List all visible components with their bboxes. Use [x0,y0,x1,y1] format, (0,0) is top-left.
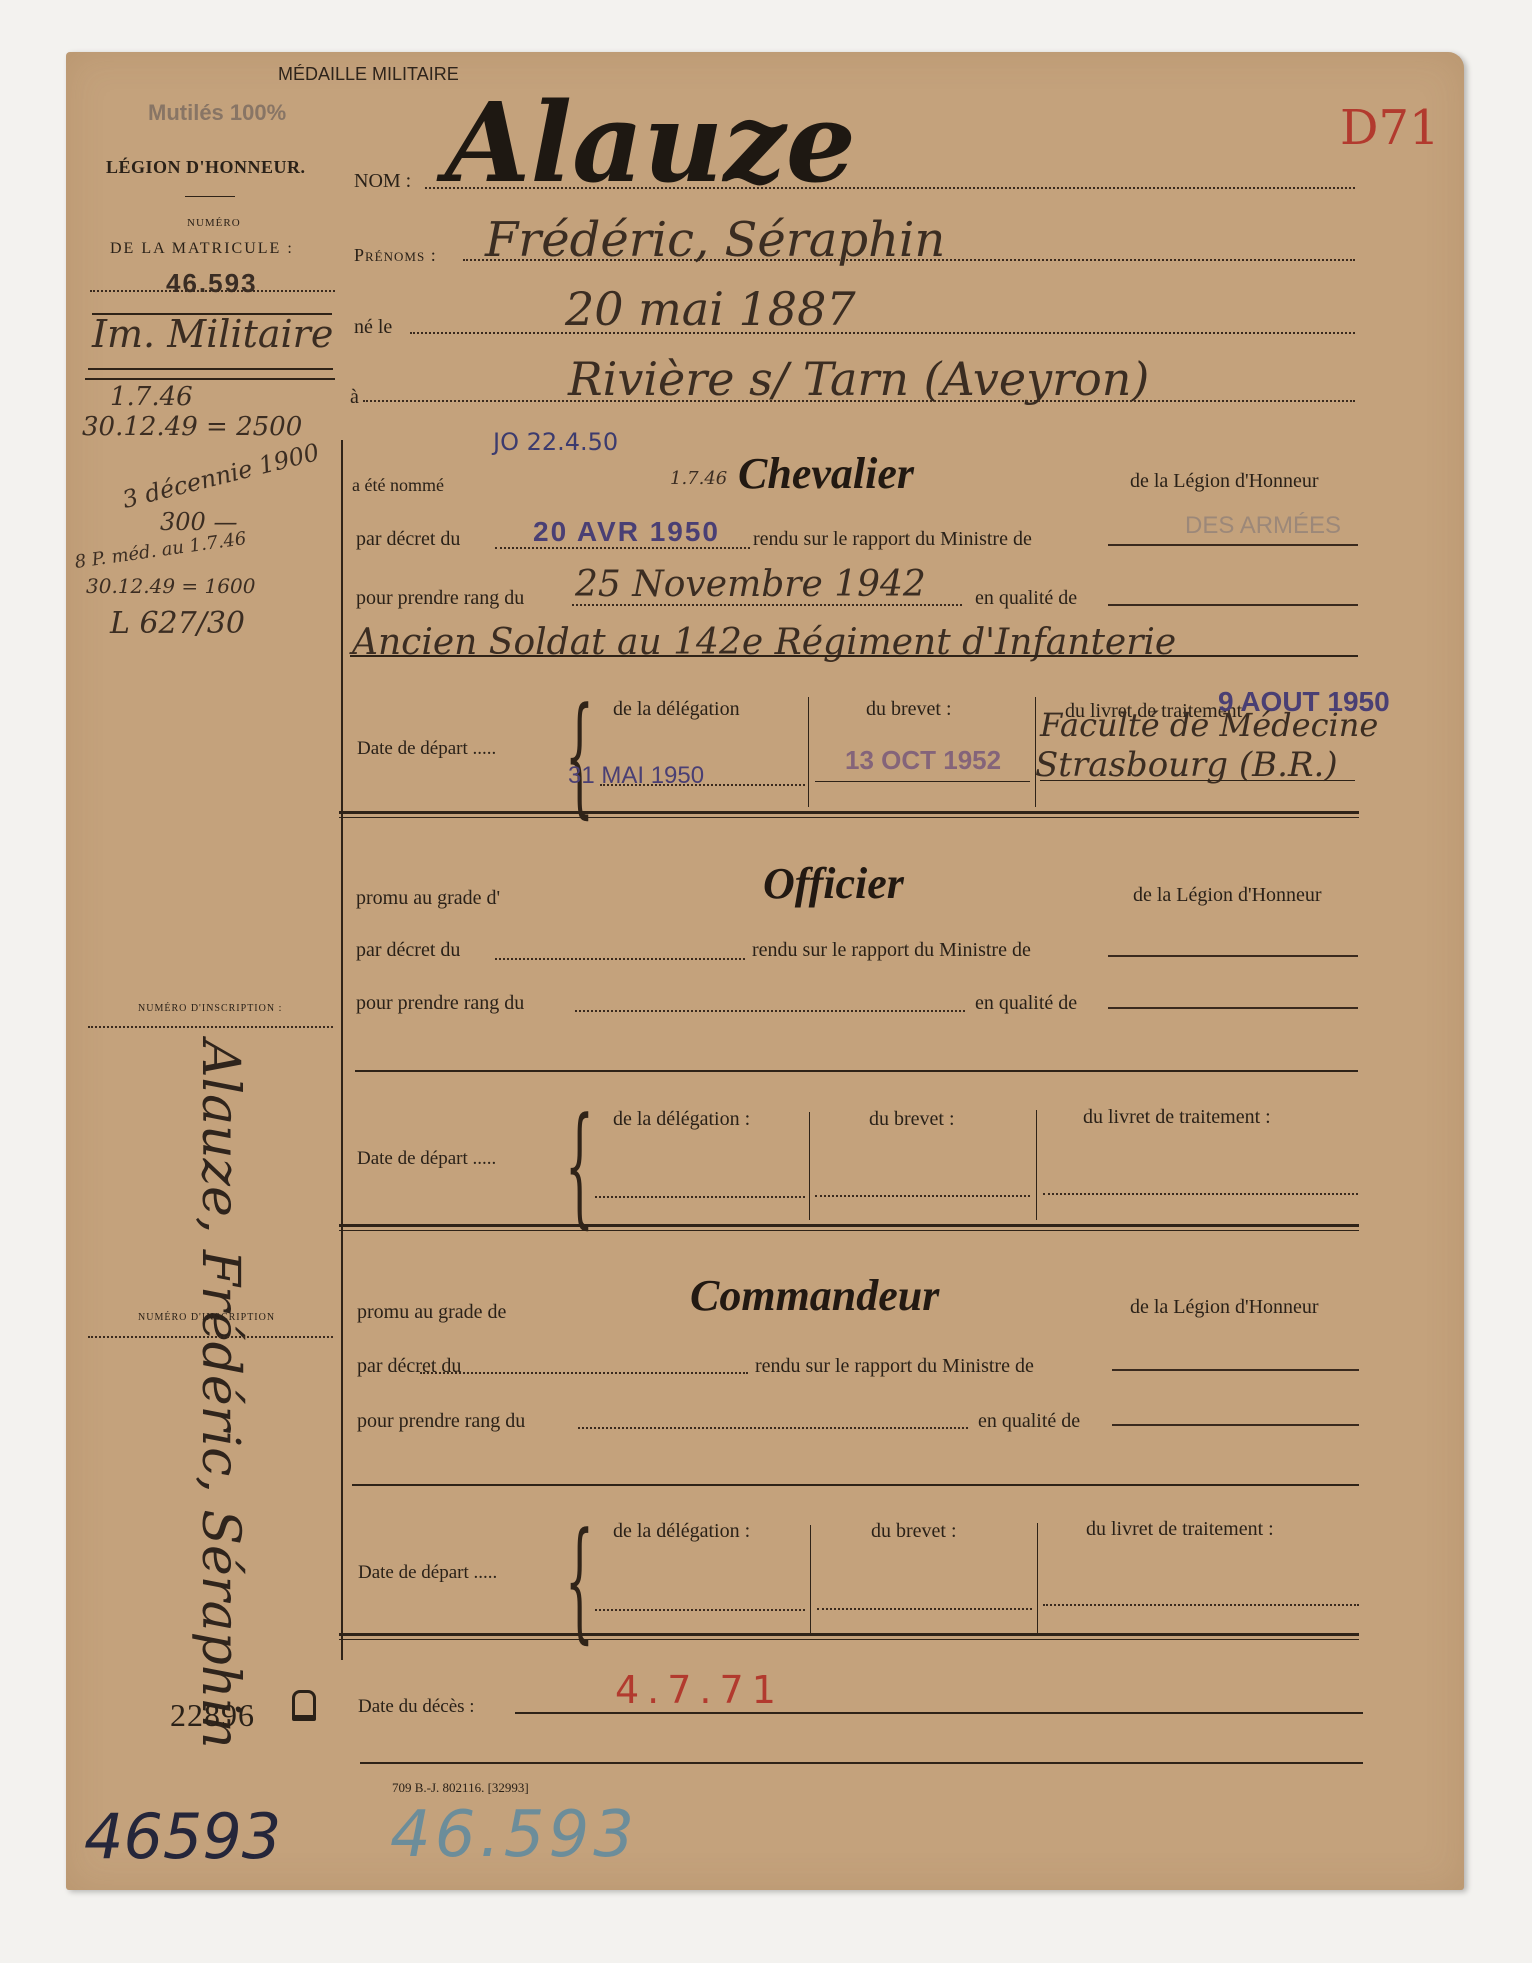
commandeur-livret-input[interactable] [1043,1604,1359,1606]
chevalier-legion-suffix: de la Légion d'Honneur [1130,470,1319,493]
ne-le-value: 20 mai 1887 [565,282,856,336]
deces-value: 4.7.71 [615,1668,784,1712]
nom-label: NOM : [354,170,411,193]
commandeur-rang-input[interactable] [578,1427,968,1429]
deces-line [515,1712,1363,1714]
commandeur-brace-icon: { [565,1515,594,1645]
a-value: Rivière s/ Tarn (Aveyron) [568,352,1149,406]
officier-brevet-input[interactable] [815,1195,1030,1197]
prenoms-label: Prénoms : [354,245,437,266]
ne-le-line [410,332,1355,334]
officier-livret-input[interactable] [1043,1193,1358,1195]
officier-col-divider-1 [809,1112,810,1220]
officier-decret-input[interactable] [495,958,745,960]
deces-label: Date du décès : [358,1696,475,1718]
commandeur-promu-label: promu au grade de [357,1301,506,1324]
commandeur-col-divider-2 [1037,1523,1038,1633]
inscription-line-2 [88,1336,333,1338]
officier-brace-icon: { [565,1100,594,1230]
commandeur-decret-label: par décret du [357,1355,461,1378]
divider [185,196,235,197]
pension-note-1: 1.7.46 [110,382,193,412]
matricule-label: DE LA MATRICULE : [110,240,294,258]
grade-chevalier: Chevalier [738,448,914,499]
chevalier-brace-icon: { [565,690,594,820]
officier-col-divider-2 [1036,1110,1037,1220]
commandeur-legion-suffix: de la Légion d'Honneur [1130,1296,1319,1319]
officier-brevet-label: du brevet : [869,1108,955,1131]
commandeur-qualite-input[interactable] [1112,1424,1359,1426]
matricule-value: 46.593 [166,268,258,299]
officier-depart-label: Date de départ ..... [357,1148,496,1170]
chevalier-brevet-line [815,781,1030,782]
officier-delegation-input[interactable] [595,1196,805,1198]
stamp-mark-icon [292,1690,316,1721]
section-separator-1 [339,811,1359,814]
chevalier-qualite-underline [350,655,1358,657]
chevalier-decret-stamp: 20 AVR 1950 [533,516,720,548]
nom-value: Alauze [445,78,856,207]
chevalier-rapport-stamp: DES ARMÉES [1185,512,1341,540]
corner-note: D71 [1340,100,1440,156]
officier-decret-label: par décret du [356,939,460,962]
officier-qualite-input[interactable] [1108,1007,1358,1009]
chevalier-delegation-label: de la délégation [613,698,740,721]
chevalier-qualite-label: en qualité de [975,587,1077,610]
chevalier-rapport-line [1108,544,1358,546]
numero-label: NUMÉRO [187,217,241,229]
chevalier-depart-label: Date de départ ..... [357,738,496,760]
officier-legion-suffix: de la Légion d'Honneur [1133,884,1322,907]
commandeur-delegation-label: de la délégation : [613,1520,750,1543]
grade-officier: Officier [763,858,904,909]
chevalier-decret-label: par décret du [356,528,460,551]
chevalier-rapport-label: rendu sur le rapport du Ministre de [753,528,1032,551]
chevalier-brevet-stamp: 13 OCT 1952 [845,745,1001,776]
printer-mark: 709 B.-J. 802116. [32993] [392,1780,529,1796]
matricule-line [90,290,335,292]
chevalier-rang-label: pour prendre rang du [356,587,524,610]
section-separator-3b [339,1639,1359,1640]
chevalier-livret-line [1040,780,1355,781]
inscription-line-1 [88,1026,333,1028]
section-separator-2b [339,1230,1359,1231]
commandeur-rang-label: pour prendre rang du [357,1410,525,1433]
officier-qualite-line-2[interactable] [355,1070,1358,1072]
commandeur-brevet-input[interactable] [817,1608,1032,1610]
vertical-name: Alauze, Frédéric, Séraphin [190,1040,250,1749]
double-underline-2 [85,378,335,380]
deces-line-2 [360,1762,1363,1764]
commandeur-delegation-input[interactable] [595,1609,805,1611]
commandeur-rapport-label: rendu sur le rapport du Ministre de [755,1355,1034,1378]
officier-delegation-label: de la délégation : [613,1108,750,1131]
chevalier-qualite-line [1108,604,1358,606]
commandeur-livret-label: du livret de traitement : [1086,1518,1274,1541]
nomme-label: a été nommé [352,475,444,496]
officier-rapport-label: rendu sur le rapport du Ministre de [752,939,1031,962]
main-vertical-rule [341,440,343,1660]
double-underline [88,368,333,370]
chevalier-rang-value: 25 Novembre 1942 [575,564,926,605]
officier-promu-label: promu au grade d' [356,887,500,910]
chevalier-brevet-label: du brevet : [866,698,952,721]
ne-le-label: né le [354,316,392,339]
officier-livret-label: du livret de traitement : [1083,1106,1271,1129]
mutile-stamp: Mutilés 100% [148,100,286,126]
chevalier-col-divider-1 [808,697,809,807]
chevalier-delegation-line [600,784,805,786]
nomme-note: 1.7.46 [670,468,727,489]
commandeur-depart-label: Date de départ ..... [358,1562,497,1584]
legion-title: LÉGION D'HONNEUR. [106,157,306,178]
category-note: Im. Militaire [92,312,333,356]
inscription-label-1: NUMÉRO D'INSCRIPTION : [138,1003,282,1014]
commandeur-qualite-line-2[interactable] [352,1484,1359,1486]
section-separator-2 [339,1224,1359,1227]
officier-rapport-input[interactable] [1108,955,1358,957]
officier-qualite-label: en qualité de [975,992,1077,1015]
commandeur-brevet-label: du brevet : [871,1520,957,1543]
officier-rang-input[interactable] [575,1010,965,1012]
dossier-number: 22896 [170,1697,255,1734]
commandeur-decret-input[interactable] [420,1372,748,1374]
inscription-label-2: NUMÉRO D'INSCRIPTION [138,1312,275,1323]
commandeur-col-divider-1 [810,1525,811,1633]
chevalier-livret-value-2: Strasbourg (B.R.) [1035,745,1338,785]
section-separator-1b [339,817,1359,818]
grade-commandeur: Commandeur [690,1270,939,1321]
medaille-militaire-stamp: MÉDAILLE MILITAIRE [278,64,459,85]
pension-note-2: 30.12.49 = 2500 [82,412,302,442]
officier-rang-label: pour prendre rang du [356,992,524,1015]
bottom-number-black: 46593 [84,1800,281,1873]
chevalier-livret-value-1: Faculté de Médecine [1040,706,1378,744]
pension-note-7: L 627/30 [110,606,245,641]
commandeur-rapport-input[interactable] [1112,1369,1359,1371]
prenoms-value: Frédéric, Séraphin [485,212,945,268]
a-label: à [350,386,359,409]
section-separator-3 [339,1633,1359,1636]
pension-note-6: 30.12.49 = 1600 [86,574,255,598]
bottom-number-blue: 46.593 [390,1798,638,1872]
jo-note: JO 22.4.50 [493,428,618,456]
commandeur-qualite-label: en qualité de [978,1410,1080,1433]
